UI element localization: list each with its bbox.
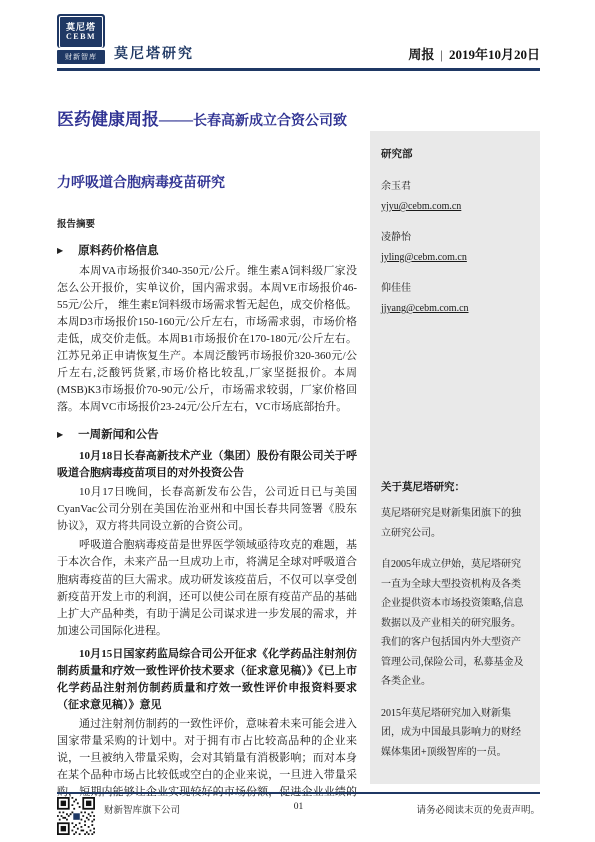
analyst-email-link[interactable]: jyling@cebm.com.cn xyxy=(381,248,467,268)
header-divider xyxy=(57,68,540,71)
footer-divider xyxy=(57,792,540,794)
analyst-email-link[interactable]: jjyang@cebm.com.cn xyxy=(381,299,469,319)
news-item-title: 10月18日长春高新技术产业（集团）股份有限公司关于呼吸道合胞病毒疫苗项目的对外… xyxy=(57,448,357,482)
company-logo: 莫尼塔 CEBM 财新智库 xyxy=(57,14,105,64)
raw-material-price-paragraph: 本周VA市场报价340-350元/公斤。维生素A饲料级厂家没怎么公开报价，实单议… xyxy=(57,263,357,416)
logo-mark: 莫尼塔 CEBM xyxy=(57,14,105,48)
section-heading-label: 原料药价格信息 xyxy=(78,242,159,258)
report-title: 医药健康周报——长春高新成立合资公司致力呼吸道合胞病毒疫苗研究 xyxy=(57,83,357,208)
logo-text-en: CEBM xyxy=(66,33,96,42)
news-item-title: 10月15日国家药监局综合司公开征求《化学药品注射剂仿制药质量和疗效一致性评价技… xyxy=(57,646,357,714)
brand-name: 莫尼塔研究 xyxy=(114,43,194,64)
contact-card: 余玉君 yjyu@cebm.com.cn xyxy=(381,177,529,216)
report-date: 2019年10月20日 xyxy=(449,47,540,62)
footer-row: 财新智库旗下公司 01 请务必阅读末页的免责声明。 xyxy=(57,797,540,835)
header: 莫尼塔 CEBM 财新智库 莫尼塔研究 周报|2019年10月20日 xyxy=(57,14,540,64)
arrow-bullet-icon: ▶ xyxy=(57,429,63,439)
content-columns: 医药健康周报——长春高新成立合资公司致力呼吸道合胞病毒疫苗研究 报告摘要 ▶ 原… xyxy=(57,83,540,820)
analyst-email-link[interactable]: yjyu@cebm.com.cn xyxy=(381,197,461,217)
about-paragraph: 2015年莫尼塔研究加入财新集团，成为中国最具影响力的财经媒体集团+顶级智库的一… xyxy=(381,704,529,763)
footer: 财新智库旗下公司 01 请务必阅读末页的免责声明。 xyxy=(57,792,540,835)
logo-badge: 财新智库 xyxy=(57,50,105,64)
analyst-name: 余玉君 xyxy=(381,177,529,197)
sidebar: 研究部 余玉君 yjyu@cebm.com.cn 凌静怡 jyling@cebm… xyxy=(370,131,540,784)
header-separator: | xyxy=(440,47,443,62)
research-dept-label: 研究部 xyxy=(381,145,529,165)
about-paragraph: 莫尼塔研究是财新集团旗下的独立研究公司。 xyxy=(381,504,529,543)
main-column: 医药健康周报——长春高新成立合资公司致力呼吸道合胞病毒疫苗研究 报告摘要 ▶ 原… xyxy=(57,83,357,820)
contact-card: 凌静怡 jyling@cebm.com.cn xyxy=(381,228,529,267)
about-paragraph: 自2005年成立伊始，莫尼塔研究一直为全球大型投资机构及各类企业提供资本市场投资… xyxy=(381,555,529,692)
analyst-name: 仰佳佳 xyxy=(381,279,529,299)
news-item-paragraph: 呼吸道合胞病毒疫苗是世界医学领域亟待攻克的难题，基于本次合作，未来产品一旦成功上… xyxy=(57,537,357,639)
news-item-1: 10月18日长春高新技术产业（集团）股份有限公司关于呼吸道合胞病毒疫苗项目的对外… xyxy=(57,448,357,640)
summary-label: 报告摘要 xyxy=(57,216,357,230)
doc-type-label: 周报 xyxy=(408,47,434,62)
news-item-paragraph: 10月17日晚间，长春高新发布公告，公司近日已与美国CyanVac公司分别在美国… xyxy=(57,484,357,535)
section-heading-label: 一周新闻和公告 xyxy=(78,426,159,442)
contact-card: 仰佳佳 jjyang@cebm.com.cn xyxy=(381,279,529,318)
report-page: 莫尼塔 CEBM 财新智库 莫尼塔研究 周报|2019年10月20日 医药健康周… xyxy=(0,0,595,842)
section-heading-raw-materials: ▶ 原料药价格信息 xyxy=(57,242,357,258)
report-title-main: 医药健康周报—— xyxy=(57,110,193,129)
page-number: 01 xyxy=(57,802,540,812)
arrow-bullet-icon: ▶ xyxy=(57,245,63,255)
header-meta: 周报|2019年10月20日 xyxy=(408,44,540,64)
about-heading: 关于莫尼塔研究： xyxy=(381,478,529,498)
analyst-name: 凌静怡 xyxy=(381,228,529,248)
section-heading-news: ▶ 一周新闻和公告 xyxy=(57,426,357,442)
